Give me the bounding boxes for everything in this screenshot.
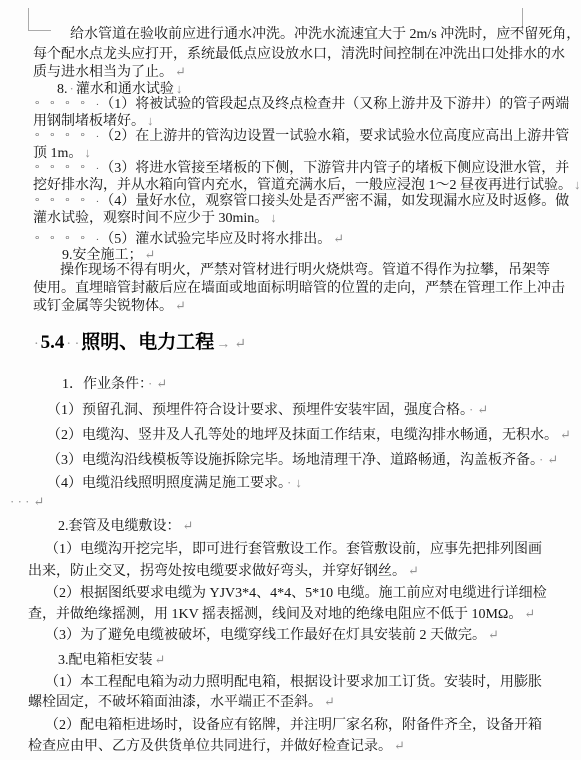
fullwidth-space-marks-icon: ° ° ° ° · xyxy=(33,99,107,111)
text-boundary-mark-top-left xyxy=(28,8,51,31)
line-break-mark-icon: ↓ xyxy=(293,475,304,490)
section-heading: ·5.4· ·照明、电力工程→↵ xyxy=(32,332,248,355)
text-line: 给水管道在验收前应进行通水冲洗。冲洗水流速宜大于 2m/s 冲洗时，应不留死角， xyxy=(70,27,580,43)
text-line: ° ° ° ° ·（2）在上游井的管沟边设置一试验水箱，要求试验水位高度应高出上… xyxy=(33,129,569,145)
body-text: 或钉金属等尖锐物体。 xyxy=(33,299,173,314)
body-text: 8. xyxy=(57,82,68,97)
body-text: 每个配水点龙头应打开，系统最低点应设放水口，清洗时间控制在冲洗出口处排水的水 xyxy=(33,47,565,62)
body-text: （2）在上游井的管沟边设置一试验水箱，要求试验水位高度应高出上游井管 xyxy=(107,129,569,144)
text-line: 操作现场不得有明火，严禁对管材进行明火烧烘弯。管道不得作为拉攀，吊架等 xyxy=(60,263,550,279)
body-text: 操作现场不得有明火，严禁对管材进行明火烧烘弯。管道不得作为拉攀，吊架等 xyxy=(60,263,550,278)
body-text: （3）为了避免电缆被破坏，电缆穿线工作最好在灯具安装前 2 天做完。 xyxy=(45,628,486,643)
body-text: 螺栓固定，不破坏箱面油漆，水平端正不歪斜。 xyxy=(28,695,322,710)
heading-text: 5.4 xyxy=(41,332,65,353)
fullwidth-space-marks-icon: ° ° ° ° · xyxy=(33,234,107,246)
text-line: 螺栓固定，不破坏箱面油漆，水平端正不歪斜。↵ xyxy=(28,694,337,711)
text-line: 3.配电箱柜安装↵ xyxy=(58,652,167,669)
space-mark-icon: · xyxy=(32,337,41,352)
fullwidth-space-marks-icon: ° ° ° ° · xyxy=(33,196,107,208)
paragraph-mark-icon: ↵ xyxy=(32,494,47,509)
paragraph-mark-icon: ↵ xyxy=(392,738,407,753)
space-mark-icon: · · · xyxy=(8,494,32,509)
document-page: 给水管道在验收前应进行通水冲洗。冲洗水流速宜大于 2m/s 冲洗时，应不留死角，… xyxy=(0,0,581,760)
text-line: （1）本工程配电箱为动力照明配电箱，根据设计要求加工订货。安装时，用膨胀 xyxy=(45,675,542,691)
text-line: （1）电缆沟开挖完毕，即可进行套管敷设工作。套管敷设前，应事先把排列图画 xyxy=(45,542,542,558)
space-mark-icon: · xyxy=(68,81,76,96)
text-line: ° ° ° ° ·（3）将进水管接至堵板的下侧，下游管井内管子的堵板下侧应设泄水… xyxy=(33,161,569,177)
body-text: （4）量好水位，观察管口接头处是否严密不漏，如发现漏水应及时返修。做 xyxy=(107,194,569,209)
tab-mark-icon: → xyxy=(214,337,232,352)
text-line: （2）根据图纸要求电缆为 YJV3*4、4*4、5*10 电缆。施工前应对电缆进… xyxy=(45,586,547,602)
body-text: 灌水和通水试验 xyxy=(76,82,174,97)
paragraph-mark-icon: ↵ xyxy=(181,518,196,533)
space-mark-icon: · · xyxy=(64,337,81,352)
text-line: 或钉金属等尖锐物体。↵ xyxy=(33,298,188,315)
body-text: 灌水试验，观察时间不应少于 30min。 xyxy=(33,211,268,226)
fullwidth-space-marks-icon: ° ° ° ° · xyxy=(33,163,107,175)
paragraph-mark-icon: ↵ xyxy=(475,402,490,417)
line-break-mark-icon: ↓ xyxy=(572,177,581,192)
text-line: 使用。直埋暗管封蔽后应在墙面或地面标明暗管的位置的走向，严禁在管理工作上冲击 xyxy=(33,281,565,297)
text-line: 8.·灌水和通水试验↓ xyxy=(57,81,184,98)
paragraph-mark-icon: ↵ xyxy=(558,427,573,442)
body-text: 给水管道在验收前应进行通水冲洗。冲洗水流速宜大于 2m/s 冲洗时，应不留死角， xyxy=(70,27,580,42)
body-text: （3）将进水管接至堵板的下侧，下游管井内管子的堵板下侧应设泄水管，并 xyxy=(107,161,569,176)
paragraph-mark-icon: ↵ xyxy=(173,298,188,313)
text-line: 质与进水相当为了止。↵ xyxy=(33,64,188,81)
text-line: 挖好排水沟，并从水箱向管内充水，管道充满水后，一般应浸泡 1～2 昼夜再进行试验… xyxy=(33,177,581,194)
line-break-mark-icon: ↓ xyxy=(145,113,156,128)
text-line: 2.套管及电缆敷设：↵ xyxy=(58,518,195,535)
paragraph-mark-icon: ↵ xyxy=(232,337,248,352)
text-line: （2）配电箱柜进场时，设备应有铭牌，并注明厂家名称，附备件齐全，设备开箱 xyxy=(45,718,542,734)
text-line: · · ·↵ xyxy=(8,494,46,511)
text-line: 查，并做绝缘摇测，用 1KV 摇表摇测，线间及对地的绝缘电阻应不低于 10MΩ。… xyxy=(28,606,537,623)
text-line: ° ° ° ° ·（1）将被试验的管段起点及终点检查井（又称上游井及下游井）的管… xyxy=(33,97,569,113)
text-line: （2）电缆沟、竖井及人孔等处的地坪及抹面工作结束，电缆沟排水畅通，无积水。↵ xyxy=(47,427,573,444)
paragraph-mark-icon: ↵ xyxy=(486,627,501,642)
text-line: 顶 1m。↓ xyxy=(33,145,93,162)
text-line: ° ° ° ° ·（4）量好水位，观察管口接头处是否严密不漏，如发现漏水应及时返… xyxy=(33,194,569,210)
paragraph-mark-icon: ↵ xyxy=(143,247,158,262)
paragraph-mark-icon: ↵ xyxy=(153,652,168,667)
paragraph-mark-icon: ↵ xyxy=(522,606,537,621)
body-text: （2）电缆沟、竖井及人孔等处的地坪及抹面工作结束，电缆沟排水畅通，无积水。 xyxy=(47,428,558,443)
text-line: （4）电缆沿线照明照度满足施工要求。·↓ xyxy=(47,475,304,492)
body-text: （5）灌水试验完毕应及时将水排出。 xyxy=(107,232,331,247)
body-text: （1）电缆沟开挖完毕，即可进行套管敷设工作。套管敷设前，应事先把排列图画 xyxy=(45,542,542,557)
body-text: 查，并做绝缘摇测，用 1KV 摇表摇测，线间及对地的绝缘电阻应不低于 10MΩ。 xyxy=(28,607,522,622)
fullwidth-space-marks-icon: ° ° ° ° · xyxy=(33,131,107,143)
text-line: 灌水试验，观察时间不应少于 30min。↓ xyxy=(33,210,279,227)
text-line: ° ° ° ° ·（5）灌水试验完毕应及时将水排出。↵ xyxy=(33,231,346,248)
paragraph-mark-icon: ↵ xyxy=(173,64,188,79)
text-line: 9.安全施工；↵ xyxy=(62,247,157,264)
body-text: 2.套管及电缆敷设： xyxy=(58,519,181,534)
text-line: 检查应由甲、乙方及供货单位共同进行，并做好检查记录。↵ xyxy=(28,738,407,755)
body-text: 质与进水相当为了止。 xyxy=(33,65,173,80)
text-line: （1）预留孔洞、预埋件符合设计要求、预埋件安装牢固，强度合格。·↵ xyxy=(47,402,490,419)
body-text: 顶 1m。 xyxy=(33,146,82,161)
text-line: 出来，防止交叉，拐弯处按电缆要求做好弯头，并穿好钢丝。↵ xyxy=(28,563,421,580)
body-text: 1．作业条件： xyxy=(62,377,146,392)
text-line: （3）电缆沟沿线模板等设施拆除完毕。场地清理干净、道路畅通，沟盖板齐备。·↵ xyxy=(47,452,560,469)
paragraph-mark-icon: ↵ xyxy=(331,231,346,246)
body-text: 挖好排水沟，并从水箱向管内充水，管道充满水后，一般应浸泡 1～2 昼夜再进行试验… xyxy=(33,178,572,193)
body-text: 9.安全施工； xyxy=(62,248,143,263)
line-break-mark-icon: ↓ xyxy=(82,145,93,160)
text-line: 每个配水点龙头应打开，系统最低点应设放水口，清洗时间控制在冲洗出口处排水的水 xyxy=(33,47,565,63)
text-line: 用钢制堵板堵好。↓ xyxy=(33,113,156,130)
text-line: （3）为了避免电缆被破坏，电缆穿线工作最好在灯具安装前 2 天做完。↵ xyxy=(45,627,501,644)
text-line: 1．作业条件：·↵ xyxy=(62,376,169,393)
body-text: 出来，防止交叉，拐弯处按电缆要求做好弯头，并穿好钢丝。 xyxy=(28,564,406,579)
body-text: （2）根据图纸要求电缆为 YJV3*4、4*4、5*10 电缆。施工前应对电缆进… xyxy=(45,586,547,601)
paragraph-mark-icon: ↵ xyxy=(545,452,560,467)
body-text: 用钢制堵板堵好。 xyxy=(33,114,145,129)
body-text: （4）电缆沿线照明照度满足施工要求。 xyxy=(47,476,285,491)
body-text: 3.配电箱柜安装 xyxy=(58,653,153,668)
body-text: （1）将被试验的管段起点及终点检查井（又称上游井及下游井）的管子两端 xyxy=(107,97,569,112)
body-text: 检查应由甲、乙方及供货单位共同进行，并做好检查记录。 xyxy=(28,739,392,754)
paragraph-mark-icon: ↵ xyxy=(154,376,169,391)
paragraph-mark-icon: ↵ xyxy=(406,563,421,578)
body-text: （3）电缆沟沿线模板等设施拆除完毕。场地清理干净、道路畅通，沟盖板齐备。 xyxy=(47,453,537,468)
heading-text: 照明、电力工程 xyxy=(81,332,214,353)
body-text: （2）配电箱柜进场时，设备应有铭牌，并注明厂家名称，附备件齐全，设备开箱 xyxy=(45,718,542,733)
body-text: （1）预留孔洞、预埋件符合设计要求、预埋件安装牢固，强度合格。 xyxy=(47,403,467,418)
line-break-mark-icon: ↓ xyxy=(268,210,279,225)
body-text: （1）本工程配电箱为动力照明配电箱，根据设计要求加工订货。安装时，用膨胀 xyxy=(45,675,542,690)
paragraph-mark-icon: ↵ xyxy=(322,694,337,709)
line-break-mark-icon: ↓ xyxy=(174,81,185,96)
body-text: 使用。直埋暗管封蔽后应在墙面或地面标明暗管的位置的走向，严禁在管理工作上冲击 xyxy=(33,281,565,296)
